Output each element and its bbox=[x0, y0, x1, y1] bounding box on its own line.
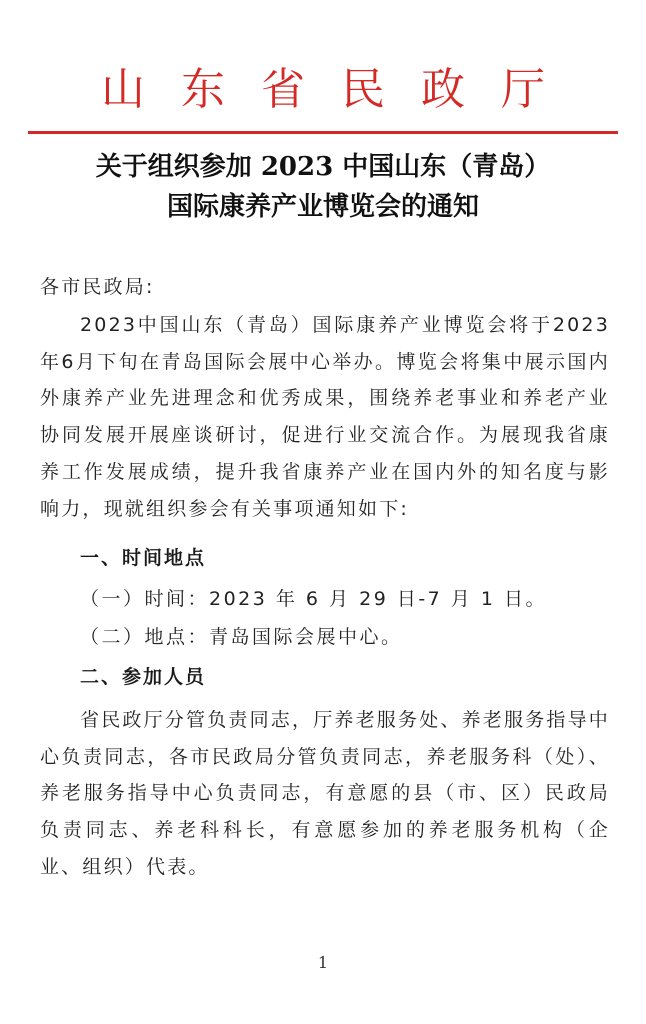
salutation: 各市民政局: bbox=[40, 269, 610, 306]
document-title-line-2: 国际康养产业博览会的通知 bbox=[0, 190, 646, 224]
item-location: （二）地点：青岛国际会展中心。 bbox=[80, 622, 403, 652]
letterhead-red-rule bbox=[28, 131, 618, 134]
intro-paragraph: 2023中国山东（青岛）国际康养产业博览会将于2023年6月下旬在青岛国际会展中… bbox=[40, 307, 610, 527]
item-time: （一）时间：2023 年 6 月 29 日-7 月 1 日。 bbox=[80, 584, 547, 614]
section-heading-time-location: 一、时间地点 bbox=[80, 543, 206, 573]
participants-paragraph: 省民政厅分管负责同志，厅养老服务处、养老服务指导中心负责同志，各市民政局分管负责… bbox=[40, 702, 610, 886]
document-title-line-1: 关于组织参加 2023 中国山东（青岛） bbox=[0, 150, 646, 184]
page-number: 1 bbox=[0, 953, 646, 972]
letterhead-organization: 山东省民政厅 bbox=[0, 62, 646, 118]
section-heading-participants: 二、参加人员 bbox=[80, 662, 206, 692]
